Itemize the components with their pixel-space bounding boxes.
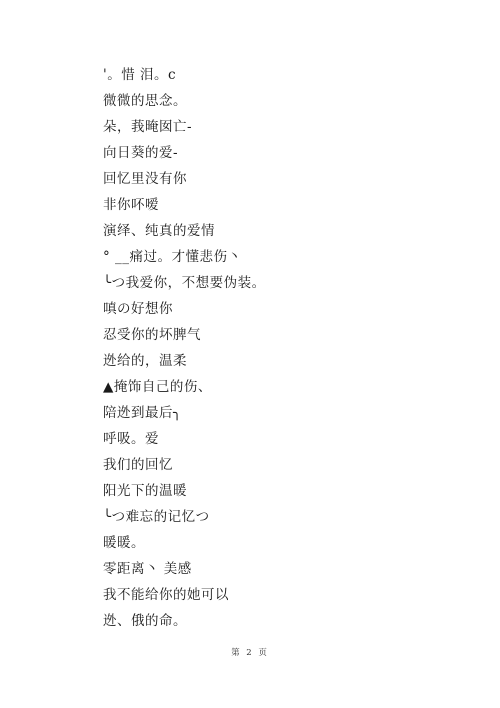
text-line: 回忆里没有你 [103, 166, 266, 192]
text-line: 向日葵的爱- [103, 140, 266, 166]
text-line: 阳光下的温暖 [103, 478, 266, 504]
text-line: 演绎、纯真的爱情 [103, 218, 266, 244]
text-line: 我们的回忆 [103, 452, 266, 478]
text-line: 微微的思念。 [103, 88, 266, 114]
text-line: 朵，莪晻囡亡- [103, 114, 266, 140]
text-line: 呼吸。爱 [103, 426, 266, 452]
text-line: ╰つ我爱你，不想要伪装。 [103, 270, 266, 296]
text-line: 陪迯到最后╮ [103, 400, 266, 426]
text-line: 非你吥嗳 [103, 192, 266, 218]
text-lines: '。惜 泪。c 微微的思念。 朵，莪晻囡亡- 向日葵的爱- 回忆里没有你 非你吥… [103, 62, 266, 634]
text-line: 零距离丶 美感 [103, 556, 266, 582]
text-line: 嗔の好想你 [103, 296, 266, 322]
text-line: 我不能给你的她可以 [103, 582, 266, 608]
text-line: 迯给的，温柔 [103, 348, 266, 374]
text-line: ╰つ难忘的记忆つ [103, 504, 266, 530]
text-line: 暖暖。 [103, 530, 266, 556]
text-line: 忍受你的坏脾气 [103, 322, 266, 348]
text-line: '。惜 泪。c [103, 62, 266, 88]
text-line: 迯、俄的命。 [103, 608, 266, 634]
text-line: ° __痛过。才懂悲伤丶 [103, 244, 266, 270]
text-line: ▲掩饰自己的伤、 [103, 374, 266, 400]
page-number: 第 2 页 [0, 646, 500, 658]
document-page: '。惜 泪。c 微微的思念。 朵，莪晻囡亡- 向日葵的爱- 回忆里没有你 非你吥… [0, 0, 500, 708]
